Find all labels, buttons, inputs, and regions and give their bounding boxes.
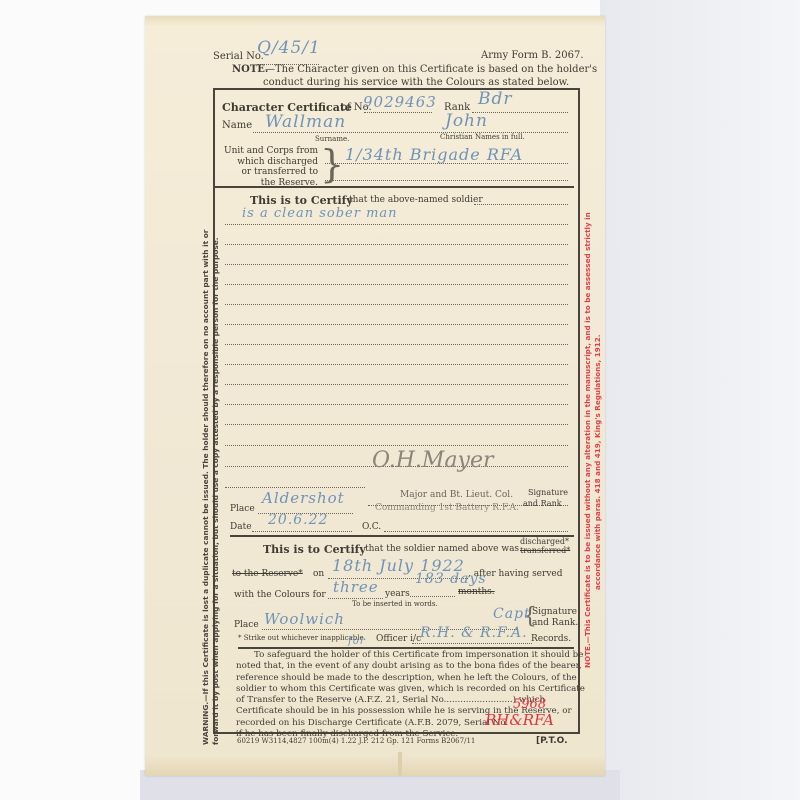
discharged-option: discharged*: [520, 537, 569, 546]
months-value: 183 days: [415, 571, 487, 587]
character-line: [225, 224, 568, 225]
rank-caption: and Rank: [523, 499, 562, 508]
note-heading: NOTE.: [232, 64, 268, 75]
red-note-line: accordance with paras. 418 and 419, King…: [593, 212, 603, 668]
signature-caption: Signature: [528, 488, 568, 497]
officer-for: for: [348, 636, 366, 647]
transferred-option: transferred*: [520, 546, 570, 555]
oc-signature: O.H.Mayer: [372, 448, 494, 473]
red-note-line: NOTE.—This Certificate is to be issued w…: [583, 212, 593, 668]
warning-margin-text: WARNING.—If this Certificate is lost a d…: [201, 230, 221, 745]
years-dotted: [328, 598, 383, 599]
red-note-margin-text: NOTE.—This Certificate is to be issued w…: [583, 212, 603, 668]
unit-dotted-line-2: [325, 180, 568, 181]
discharge-signature-caption: Signature: [532, 607, 577, 617]
date-dotted-line: [252, 531, 352, 532]
months-dotted: [410, 596, 455, 597]
character-line: [225, 244, 568, 245]
date-label: Date: [230, 522, 252, 532]
unit-label-line: which discharged: [220, 157, 318, 168]
colours-text: with the Colours for: [234, 590, 326, 600]
paper-edge-top: [145, 16, 605, 26]
note-text-line1: —The Character given on this Certificate…: [265, 64, 597, 75]
character-line: [225, 344, 568, 345]
on-label: on: [313, 569, 324, 579]
unit-label-line: or transferred to: [220, 167, 318, 178]
safeguard-line: soldier to whom this Certificate was giv…: [236, 684, 572, 695]
discharge-place-value: Woolwich: [264, 610, 345, 628]
rank-value: Bdr: [478, 89, 513, 109]
records-stamp: RH&RFA: [485, 711, 554, 729]
words-caption: To be inserted in words.: [352, 600, 438, 608]
records-label: Records.: [531, 634, 571, 644]
years-value: three: [333, 578, 379, 596]
safeguard-line: noted that, in the event of any doubt ar…: [236, 661, 572, 672]
certify-dotted-line: [474, 204, 568, 205]
discharge-divider: [238, 647, 574, 649]
paper-edge-bottom: [145, 754, 605, 776]
character-line: [225, 324, 568, 325]
place-label: Place: [230, 504, 255, 514]
officer-dotted: [412, 643, 532, 644]
print-codes: 60219 W3114,4827 100m(4) 1.22 J.P. 212 G…: [237, 737, 475, 745]
certificate-number: 9029463: [363, 93, 437, 111]
character-line: [225, 384, 568, 385]
note-text-line2: conduct during his service with the Colo…: [263, 77, 569, 88]
christian-names-caption: Christian Names in full.: [440, 133, 525, 141]
months-label: months.: [458, 587, 495, 597]
character-line: [225, 304, 568, 305]
christian-name-value: John: [445, 111, 488, 131]
character-value: is a clean sober man: [242, 206, 398, 221]
strike-note: * Strike out whichever inapplicable.: [238, 634, 366, 642]
discharge-rank-caption: and Rank.: [532, 618, 578, 628]
unit-dotted-line-1: [325, 163, 568, 164]
army-form-number: Army Form B. 2067.: [481, 50, 584, 61]
years-label: years: [385, 589, 410, 599]
number-dotted-line: [364, 112, 432, 113]
header-divider: [215, 186, 574, 188]
oc-label: O.C.: [362, 522, 381, 532]
name-label: Name: [222, 120, 252, 131]
character-line: [225, 364, 568, 365]
officer-ic-value: R.H. & R.F.A.: [420, 625, 528, 641]
unit-label-line: Unit and Corps from: [220, 146, 318, 157]
character-certify-text: that the above-named soldier: [349, 195, 483, 205]
serial-value: Q/45/1: [257, 38, 321, 58]
safeguard-line: reference should be made to the descript…: [236, 673, 572, 684]
background-right: [600, 0, 800, 800]
surname-value: Wallman: [265, 112, 346, 132]
place-value: Aldershot: [262, 489, 345, 507]
oc-dotted-line: [384, 531, 568, 532]
unit-value: 1/34th Brigade RFA: [345, 145, 523, 164]
character-line: [225, 264, 568, 265]
character-line: [225, 424, 568, 425]
character-line: [225, 284, 568, 285]
discharge-serial-value: 5968: [513, 697, 546, 712]
paper-crease: [398, 752, 402, 776]
date-value: 20.6.22: [268, 512, 328, 528]
signatory-rank: Major and Bt. Lieut. Col.: [400, 490, 513, 500]
unit-brace: }: [320, 144, 344, 184]
character-line: [225, 487, 365, 488]
pto-marker: [P.T.O.: [536, 736, 568, 746]
warning-line: forward it by post when applying for a s…: [211, 230, 221, 745]
discharge-place-label: Place: [234, 620, 259, 630]
safeguard-line: To safeguard the holder of this Certific…: [236, 650, 572, 661]
discharge-certify-heading: This is to Certify: [263, 543, 366, 556]
character-line: [225, 404, 568, 405]
character-line: [225, 445, 568, 446]
discharge-soldier-text: that the soldier named above was: [365, 544, 519, 554]
unit-corps-label: Unit and Corps from which discharged or …: [220, 146, 318, 188]
warning-line: WARNING.—If this Certificate is lost a d…: [201, 230, 211, 745]
to-reserve-struck: to the Reserve*: [232, 569, 303, 579]
